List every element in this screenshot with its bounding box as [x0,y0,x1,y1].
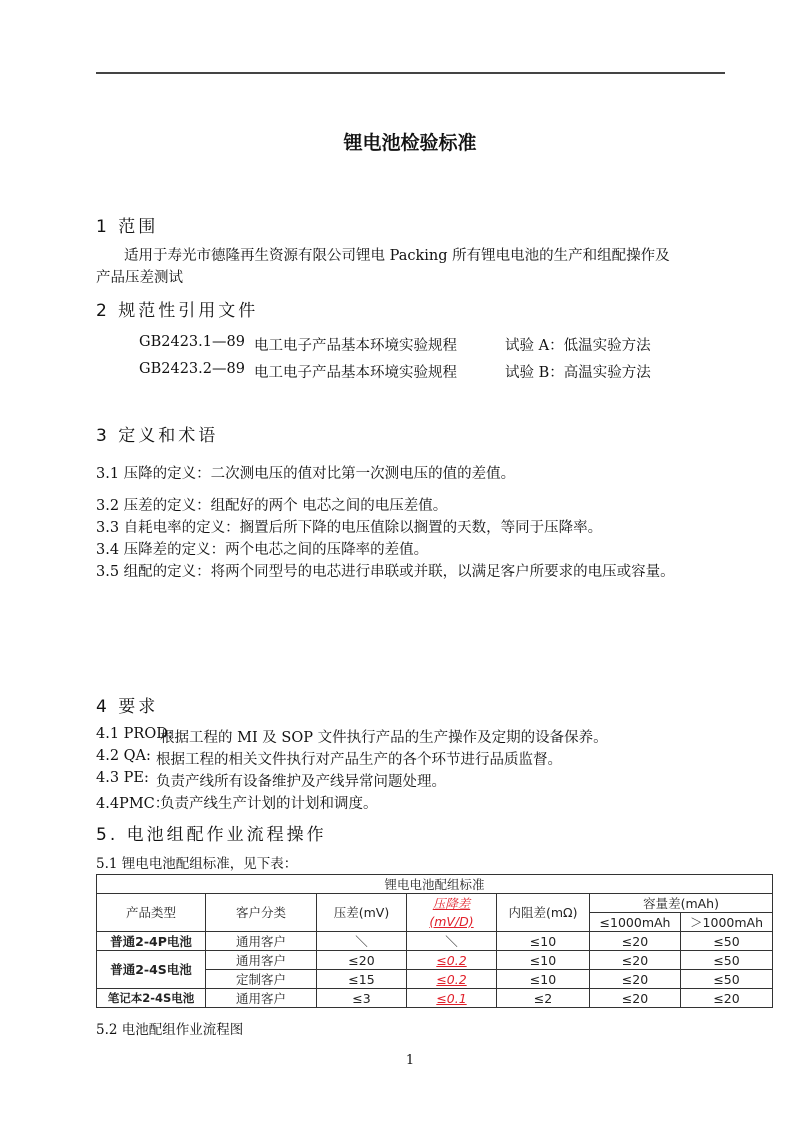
cell-drop: ＼ [407,932,497,951]
table-row: 普通2-4S电池 通用客户 ≤20 ≤0.2 ≤10 ≤20 ≤50 [97,951,773,970]
cell-product: 笔记本2-4S电池 [97,989,206,1008]
definition-item: 3.3 自耗电率的定义：搁置后所下降的电压值除以搁置的天数，等同于压降率。 [96,516,602,537]
header-cap-low: ≤1000mAh [590,913,681,932]
cell-drop: ≤0.1 [407,989,497,1008]
section-5-1: 5.1 锂电电池配组标准，见下表： [96,852,297,872]
cell-resistance: ≤10 [497,951,590,970]
table-caption: 锂电电池配组标准 [97,875,773,894]
definition-item: 3.4 压降差的定义：两个电芯之间的压降率的差值。 [96,538,428,559]
cell-voltage: ≤3 [317,989,407,1008]
cell-customer: 通用客户 [206,932,317,951]
requirement-text: 负责产线生产计划的计划和调度。 [160,792,378,813]
definition-item: 3.5 组配的定义：将两个同型号的电芯进行串联或并联，以满足客户所要求的电压或容… [96,560,675,581]
table-row: 普通2-4P电池 通用客户 ＼ ＼ ≤10 ≤20 ≤50 [97,932,773,951]
cell-cap-high: ≤50 [681,970,773,989]
definition-item: 3.2 压差的定义：组配好的两个 电芯之间的电压差值。 [96,494,447,515]
cell-resistance: ≤10 [497,970,590,989]
cell-voltage: ≤20 [317,951,407,970]
cell-drop: ≤0.2 [407,970,497,989]
cell-cap-low: ≤20 [590,970,681,989]
requirement-label: 4.3 PE: [96,770,149,786]
section-1-heading: 1 范围 [96,212,158,237]
document-title: 锂电池检验标准 [0,128,800,155]
section-5-2: 5.2 电池配组作业流程图 [96,1018,243,1038]
definition-item: 3.1 压降的定义：二次测电压的值对比第一次测电压的值的差值。 [96,462,515,483]
header-capacity: 容量差(mAh) [590,894,773,913]
cell-product: 普通2-4P电池 [97,932,206,951]
section-5-heading: 5. 电池组配作业流程操作 [96,820,327,845]
table-row: 笔记本2-4S电池 通用客户 ≤3 ≤0.1 ≤2 ≤20 ≤20 [97,989,773,1008]
cell-resistance: ≤2 [497,989,590,1008]
cell-customer: 通用客户 [206,989,317,1008]
header-cap-high: ＞1000mAh [681,913,773,932]
cell-voltage: ＼ [317,932,407,951]
ref-name: 电工电子产品基本环境实验规程 [254,361,457,382]
cell-cap-high: ≤50 [681,932,773,951]
cell-cap-high: ≤20 [681,989,773,1008]
cell-drop: ≤0.2 [407,951,497,970]
cell-cap-low: ≤20 [590,951,681,970]
requirement-label: 4.4PMC： [96,792,169,813]
cell-product: 普通2-4S电池 [97,951,206,989]
cell-customer: 定制客户 [206,970,317,989]
cell-cap-high: ≤50 [681,951,773,970]
page-number: 1 [0,1053,800,1068]
cell-customer: 通用客户 [206,951,317,970]
header-product-type: 产品类型 [97,894,206,932]
section-3-heading: 3 定义和术语 [96,421,218,446]
header-resistance: 内阻差(mΩ) [497,894,590,932]
header-drop-diff-unit: (mV/D) [407,913,496,931]
section-1-body-line2: 产品压差测试 [96,266,183,287]
section-2-heading: 2 规范性引用文件 [96,296,258,321]
section-4-heading: 4 要求 [96,692,158,717]
battery-grouping-table: 锂电电池配组标准 产品类型 客户分类 压差(mV) 压降差 (mV/D) 内阻差… [96,874,773,1008]
ref-name: 电工电子产品基本环境实验规程 [254,334,457,355]
cell-voltage: ≤15 [317,970,407,989]
ref-test: 试验 B：高温实验方法 [505,361,651,382]
requirement-label: 4.2 QA: [96,748,151,764]
requirement-text: 根据工程的 MI 及 SOP 文件执行产品的生产操作及定期的设备保养。 [160,726,608,747]
requirement-text: 负责产线所有设备维护及产线异常问题处理。 [156,770,446,791]
cell-resistance: ≤10 [497,932,590,951]
header-voltage-diff: 压差(mV) [317,894,407,932]
section-1-body-line1: 适用于寿光市德隆再生资源有限公司锂电 Packing 所有锂电电池的生产和组配操… [124,244,670,265]
requirement-text: 根据工程的相关文件执行对产品生产的各个环节进行品质监督。 [156,748,562,769]
ref-test: 试验 A：低温实验方法 [505,334,651,355]
header-drop-diff-label: 压降差 [407,895,496,913]
cell-cap-low: ≤20 [590,932,681,951]
ref-code: GB2423.2—89 [139,361,245,377]
cell-cap-low: ≤20 [590,989,681,1008]
ref-code: GB2423.1—89 [139,334,245,350]
header-drop-diff: 压降差 (mV/D) [407,894,497,932]
header-customer: 客户分类 [206,894,317,932]
header-rule [96,72,725,74]
